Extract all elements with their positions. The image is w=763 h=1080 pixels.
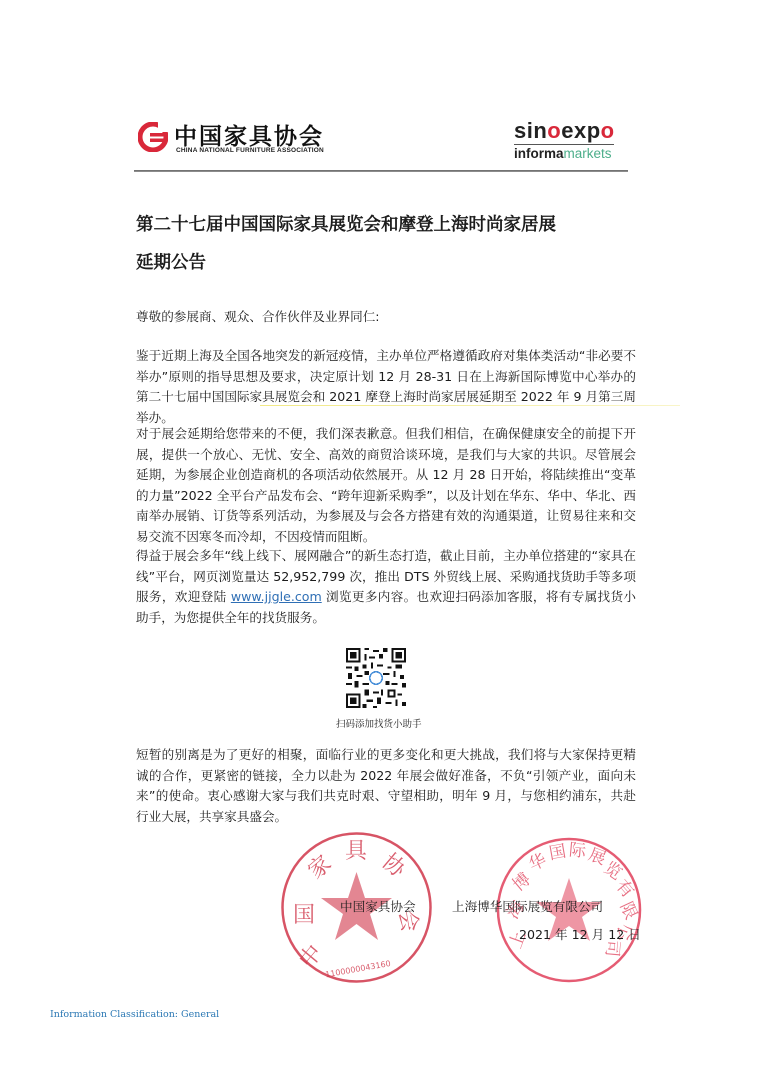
logo-divider bbox=[514, 144, 614, 145]
markets-text: markets bbox=[564, 146, 612, 161]
announcement-page: 中国家具协会 CHINA NATIONAL FURNITURE ASSOCIAT… bbox=[0, 0, 763, 1080]
title-line-2: 延期公告 bbox=[136, 244, 656, 282]
signer-bohua: 上海博华国际展览有限公司 bbox=[452, 896, 603, 915]
website-link[interactable]: www.jjgle.com bbox=[231, 589, 322, 604]
sinoexpo-part2: exp bbox=[561, 118, 600, 143]
svg-text:国: 国 bbox=[293, 903, 315, 928]
paragraph-4: 短暂的别离是为了更好的相聚，面临行业的更多变化和更大挑战，我们将与大家保持更精诚… bbox=[136, 745, 636, 827]
page-title: 第二十七届中国国际家具展览会和摩登上海时尚家居展 延期公告 bbox=[136, 206, 656, 282]
svg-text:国: 国 bbox=[548, 842, 568, 865]
cnfa-logo-mark-icon bbox=[138, 122, 168, 152]
svg-text:具: 具 bbox=[345, 839, 368, 864]
highlight-mark bbox=[260, 405, 680, 406]
svg-text:家: 家 bbox=[304, 851, 337, 884]
title-line-1: 第二十七届中国国际家具展览会和摩登上海时尚家居展 bbox=[136, 206, 656, 244]
header-divider bbox=[134, 170, 628, 172]
qr-code-icon bbox=[346, 648, 406, 708]
paragraph-2: 对于展会延期给您带来的不便，我们深表歉意。但我们相信，在确保健康安全的前提下开展… bbox=[136, 424, 636, 547]
svg-text:华: 华 bbox=[526, 850, 550, 875]
svg-text:协: 协 bbox=[377, 849, 411, 883]
paragraph-1: 鉴于近期上海及全国各地突发的新冠疫情，主办单位严格遵循政府对集体类活动“非必要不… bbox=[136, 346, 636, 428]
cnfa-logo: 中国家具协会 CHINA NATIONAL FURNITURE ASSOCIAT… bbox=[138, 118, 388, 158]
sinoexpo-o2: o bbox=[601, 118, 615, 143]
cnfa-name-en: CHINA NATIONAL FURNITURE ASSOCIATION bbox=[176, 147, 324, 154]
informa-text: informa bbox=[514, 146, 564, 161]
svg-text:中: 中 bbox=[295, 940, 328, 973]
information-classification: Information Classification: General bbox=[50, 1009, 219, 1020]
salutation: 尊敬的参展商、观众、合作伙伴及业界同仁: bbox=[136, 307, 636, 328]
svg-text:际: 际 bbox=[568, 840, 588, 861]
svg-text:限: 限 bbox=[616, 899, 641, 923]
informa-markets-wordmark: informamarkets bbox=[514, 146, 612, 161]
sinoexpo-part1: sin bbox=[514, 118, 547, 143]
svg-text:博: 博 bbox=[509, 869, 535, 895]
sinoexpo-informa-logo: sinoexpo informamarkets bbox=[514, 118, 624, 166]
paragraph-3: 得益于展会多年“线上线下、展网融合”的新生态打造，截止目前，主办单位搭建的“家具… bbox=[136, 546, 636, 628]
signer-cnfa: 中国家具协会 bbox=[340, 896, 416, 915]
sinoexpo-wordmark: sinoexpo bbox=[514, 118, 615, 144]
sinoexpo-o: o bbox=[547, 118, 561, 143]
signature-date: 2021 年 12 月 12 日 bbox=[519, 924, 641, 943]
qr-caption: 扫码添加找货小助手 bbox=[336, 716, 422, 730]
